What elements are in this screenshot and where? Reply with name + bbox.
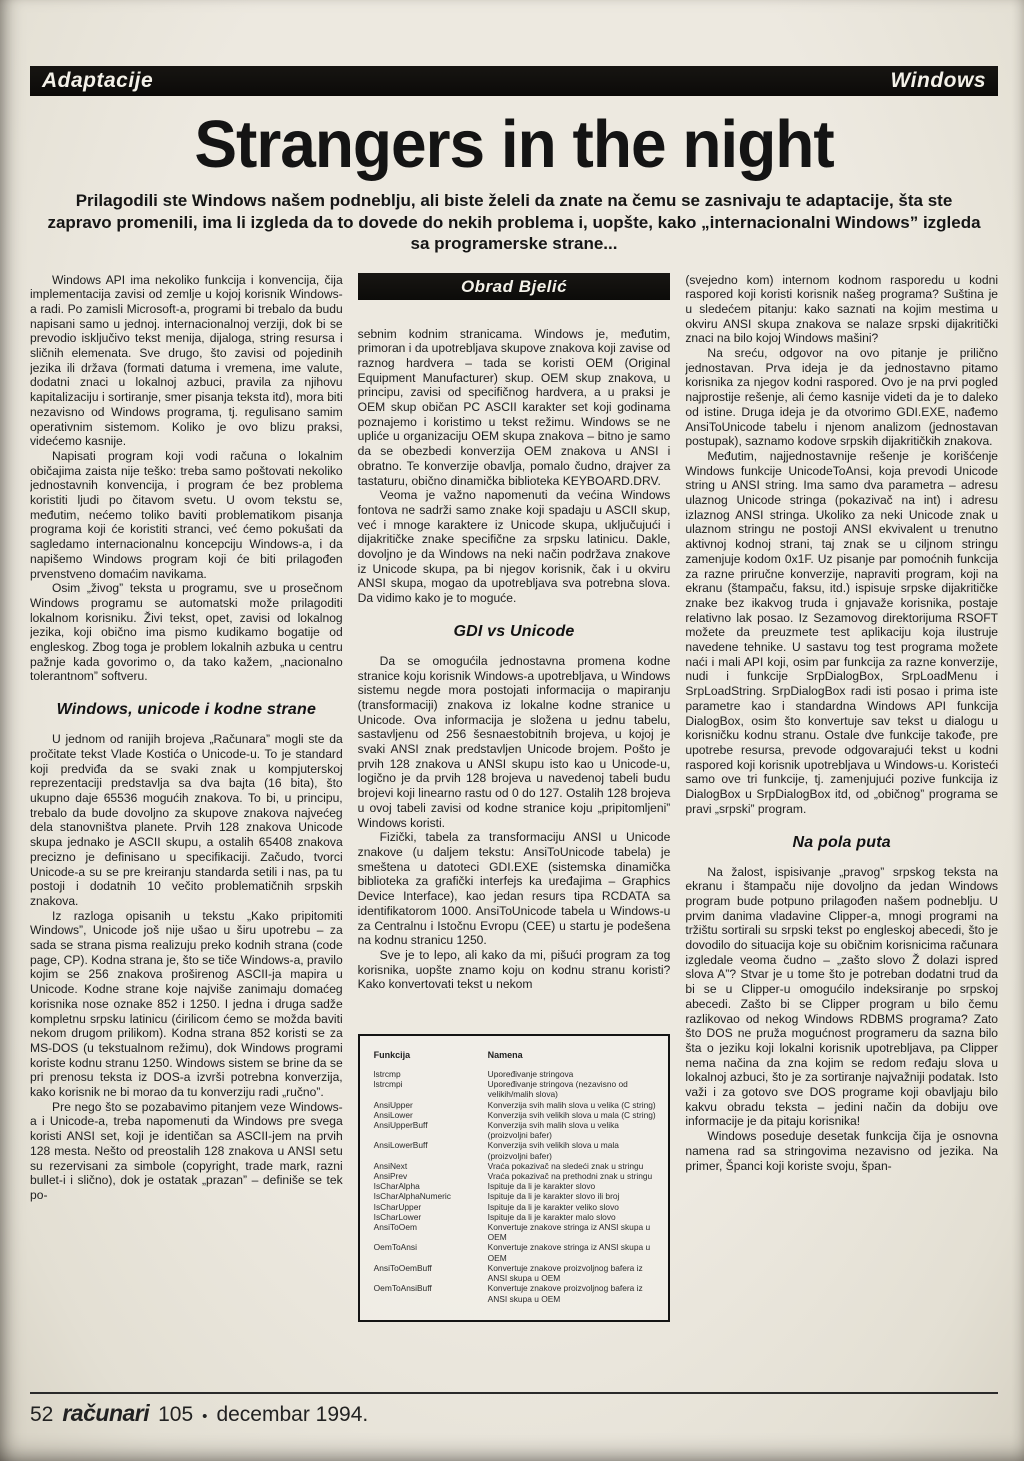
function-name: IsCharAlpha: [374, 1181, 488, 1191]
author-name: Obrad Bjelić: [461, 277, 567, 296]
function-purpose: Upoređivanje stringova: [488, 1069, 659, 1079]
function-table-row: AnsiUpperKonverzija svih malih slova u v…: [374, 1100, 659, 1110]
function-table: Funkcija Namena lstrcmpUpoređivanje stri…: [358, 1034, 671, 1322]
function-column-header: Funkcija: [374, 1050, 488, 1069]
function-purpose: Konvertuje znakove proizvoljnog bafera i…: [488, 1263, 659, 1283]
body-paragraph: (svejedno kom) internom kodnom rasporedu…: [685, 273, 998, 347]
function-purpose: Ispituje da li je karakter slovo: [488, 1181, 659, 1191]
body-paragraph: Pre nego što se pozabavimo pitanjem veze…: [30, 1100, 343, 1203]
function-table-row: IsCharUpperIspituje da li je karakter ve…: [374, 1202, 659, 1212]
magazine-page: Adaptacije Windows Strangers in the nigh…: [0, 0, 1024, 1461]
column-3: (svejedno kom) internom kodnom rasporedu…: [685, 273, 998, 1385]
page-footer: 52 računari 105 • decembar 1994.: [30, 1400, 998, 1427]
body-paragraph: Windows poseduje desetak funkcija čija j…: [685, 1129, 998, 1173]
body-paragraph: Iz razloga opisanih u tekstu „Kako pripi…: [30, 909, 343, 1100]
body-paragraph: Međutim, najjednostavnije rešenje je kor…: [685, 449, 998, 817]
function-purpose: Konvertuje znakove stringa iz ANSI skupa…: [488, 1242, 659, 1262]
function-purpose: Konvertuje znakove proizvoljnog bafera i…: [488, 1283, 659, 1303]
page-number: 52: [30, 1403, 53, 1427]
function-name: IsCharAlphaNumeric: [374, 1191, 488, 1201]
section-heading-windows-unicode: Windows, unicode i kodne strane: [30, 701, 343, 719]
body-paragraph: Na sreću, odgovor na ovo pitanje je pril…: [685, 346, 998, 449]
body-paragraph: Napisati program koji vodi računa o loka…: [30, 449, 343, 581]
author-byline-box: Obrad Bjelić: [358, 273, 671, 300]
article-title: Strangers in the night: [30, 110, 998, 177]
issue-date: decembar 1994.: [216, 1403, 368, 1427]
body-paragraph: Na žalost, ispisivanje „pravog” srpskog …: [685, 865, 998, 1130]
function-name: AnsiUpperBuff: [374, 1120, 488, 1140]
issue-number: 105: [158, 1403, 193, 1427]
section-header-bar: Adaptacije Windows: [30, 66, 998, 96]
function-table-row: AnsiUpperBuffKonverzija svih malih slova…: [374, 1120, 659, 1140]
function-name: OemToAnsiBuff: [374, 1283, 488, 1303]
article-lede: Prilagodili ste Windows našem podneblju,…: [44, 190, 984, 255]
function-table-row: OemToAnsiKonvertuje znakove stringa iz A…: [374, 1242, 659, 1262]
section-label: Adaptacije: [42, 69, 153, 93]
footer-divider: [30, 1392, 998, 1394]
category-label: Windows: [891, 69, 986, 93]
article-body: Windows API ima nekoliko funkcija i konv…: [30, 273, 998, 1385]
function-table-header-row: Funkcija Namena: [374, 1050, 659, 1069]
function-table-grid: Funkcija Namena lstrcmpUpoređivanje stri…: [374, 1050, 659, 1304]
function-table-row: IsCharAlphaIspituje da li je karakter sl…: [374, 1181, 659, 1191]
function-table-row: lstrcmpUpoređivanje stringova: [374, 1069, 659, 1079]
function-name: AnsiUpper: [374, 1100, 488, 1110]
function-purpose: Konverzija svih velikih slova u mala (C …: [488, 1110, 659, 1120]
function-purpose: Konvertuje znakove stringa iz ANSI skupa…: [488, 1222, 659, 1242]
body-paragraph: Sve je to lepo, ali kako da mi, pišući p…: [358, 948, 671, 992]
footer-bullet: •: [202, 1408, 207, 1425]
body-paragraph: Veoma je važno napomenuti da većina Wind…: [358, 488, 671, 606]
function-purpose: Upoređivanje stringova (nezavisno od vel…: [488, 1079, 659, 1099]
function-name: AnsiLowerBuff: [374, 1140, 488, 1160]
function-table-row: AnsiToOemKonvertuje znakove stringa iz A…: [374, 1222, 659, 1242]
function-table-row: IsCharAlphaNumericIspituje da li je kara…: [374, 1191, 659, 1201]
body-paragraph: Fizički, tabela za transformaciju ANSI u…: [358, 830, 671, 948]
function-name: AnsiNext: [374, 1161, 488, 1171]
function-name: AnsiToOem: [374, 1222, 488, 1242]
function-table-row: AnsiNextVraća pokazivač na sledeći znak …: [374, 1161, 659, 1171]
function-purpose: Konverzija svih malih slova u velika (pr…: [488, 1120, 659, 1140]
function-name: AnsiLower: [374, 1110, 488, 1120]
function-name: AnsiToOemBuff: [374, 1263, 488, 1283]
body-paragraph: Osim „živog” teksta u programu, sve u pr…: [30, 581, 343, 684]
body-paragraph: Da se omogućila jednostavna promena kodn…: [358, 654, 671, 830]
function-name: IsCharUpper: [374, 1202, 488, 1212]
body-paragraph: Windows API ima nekoliko funkcija i konv…: [30, 273, 343, 449]
section-heading-na-pola-puta: Na pola puta: [685, 834, 998, 852]
function-name: OemToAnsi: [374, 1242, 488, 1262]
function-purpose: Ispituje da li je karakter veliko slovo: [488, 1202, 659, 1212]
function-purpose: Konverzija svih malih slova u velika (C …: [488, 1100, 659, 1110]
function-name: AnsiPrev: [374, 1171, 488, 1181]
column-1: Windows API ima nekoliko funkcija i konv…: [30, 273, 343, 1385]
function-table-row: IsCharLowerIspituje da li je karakter ma…: [374, 1212, 659, 1222]
function-purpose: Vraća pokazivač na prethodni znak u stri…: [488, 1171, 659, 1181]
function-table-row: OemToAnsiBuffKonvertuje znakove proizvol…: [374, 1283, 659, 1303]
function-table-row: AnsiLowerBuffKonverzija svih velikih slo…: [374, 1140, 659, 1160]
function-purpose: Ispituje da li je karakter malo slovo: [488, 1212, 659, 1222]
function-purpose: Ispituje da li je karakter slovo ili bro…: [488, 1191, 659, 1201]
magazine-logo: računari: [62, 1400, 149, 1427]
function-table-row: lstrcmpiUpoređivanje stringova (nezavisn…: [374, 1079, 659, 1099]
function-table-row: AnsiPrevVraća pokazivač na prethodni zna…: [374, 1171, 659, 1181]
function-purpose: Vraća pokazivač na sledeći znak u string…: [488, 1161, 659, 1171]
function-table-row: AnsiLowerKonverzija svih velikih slova u…: [374, 1110, 659, 1120]
function-name: lstrcmp: [374, 1069, 488, 1079]
body-paragraph: U jednom od ranijih brojeva „Računara” m…: [30, 732, 343, 908]
function-name: lstrcmpi: [374, 1079, 488, 1099]
function-name: IsCharLower: [374, 1212, 488, 1222]
section-heading-gdi-vs-unicode: GDI vs Unicode: [358, 623, 671, 641]
function-table-row: AnsiToOemBuffKonvertuje znakove proizvol…: [374, 1263, 659, 1283]
body-paragraph: sebnim kodnim stranicama. Windows je, me…: [358, 327, 671, 489]
function-purpose: Konverzija svih velikih slova u mala (pr…: [488, 1140, 659, 1160]
purpose-column-header: Namena: [488, 1050, 659, 1069]
column-2: Obrad Bjelić sebnim kodnim stranicama. W…: [358, 273, 671, 1385]
